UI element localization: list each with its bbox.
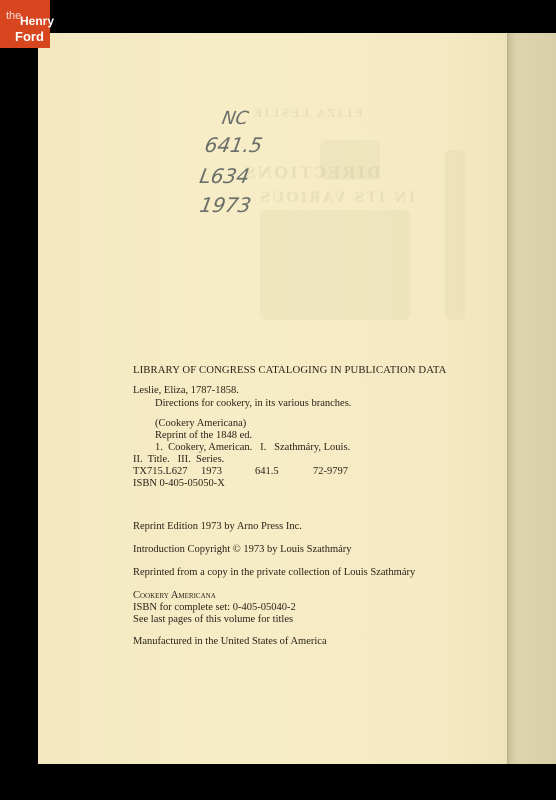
logo-ford: Ford bbox=[15, 29, 44, 44]
cip-subjects-2: II. Title. III. Series. bbox=[133, 455, 224, 466]
series-see-titles: See last pages of this volume for titles bbox=[133, 615, 293, 626]
reprint-edition: Reprint Edition 1973 by Arno Press Inc. bbox=[133, 522, 302, 533]
page-fold bbox=[507, 33, 556, 764]
handwritten-year: 1973 bbox=[198, 195, 252, 215]
cip-heading: LIBRARY OF CONGRESS CATALOGING IN PUBLIC… bbox=[133, 365, 446, 376]
show-through-column bbox=[445, 150, 465, 320]
cip-lc-number: TX715.L627 bbox=[133, 467, 188, 478]
intro-copyright: Introduction Copyright © 1973 by Louis S… bbox=[133, 545, 352, 556]
show-through-illustration bbox=[260, 210, 410, 320]
handwritten-cutter: L634 bbox=[198, 166, 251, 186]
logo-the: the bbox=[6, 10, 21, 22]
provenance-note: Reprinted from a copy in the private col… bbox=[133, 568, 415, 579]
cip-year: 1973 bbox=[201, 467, 222, 478]
series-set-isbn: ISBN for complete set: 0-405-05040-2 bbox=[133, 603, 296, 614]
handwritten-class: 641.5 bbox=[203, 135, 264, 155]
handwritten-nc: NC bbox=[220, 110, 249, 128]
henry-ford-logo: the Henry Ford bbox=[0, 0, 50, 48]
cip-author: Leslie, Eliza, 1787-1858. bbox=[133, 386, 239, 397]
cip-isbn: ISBN 0-405-05050-X bbox=[133, 479, 225, 490]
cip-reprint-note: Reprint of the 1848 ed. bbox=[155, 431, 252, 442]
cip-title: Directions for cookery, in its various b… bbox=[155, 399, 351, 410]
cip-subjects-1: 1. Cookery, American. I. Szathmáry, Loui… bbox=[155, 443, 350, 454]
show-through-illustration bbox=[320, 140, 380, 180]
cip-series-note: (Cookery Americana) bbox=[155, 419, 246, 430]
show-through-subtitle: IN ITS VARIOUS bbox=[258, 190, 416, 206]
show-through-author: ELIZA LESLIE bbox=[252, 107, 363, 120]
logo-henry: Henry bbox=[20, 14, 54, 28]
cip-lccn: 72-9797 bbox=[313, 467, 348, 478]
series-name: Cookery Americana bbox=[133, 591, 216, 602]
cip-dewey: 641.5 bbox=[255, 467, 279, 478]
manufactured-note: Manufactured in the United States of Ame… bbox=[133, 637, 327, 648]
